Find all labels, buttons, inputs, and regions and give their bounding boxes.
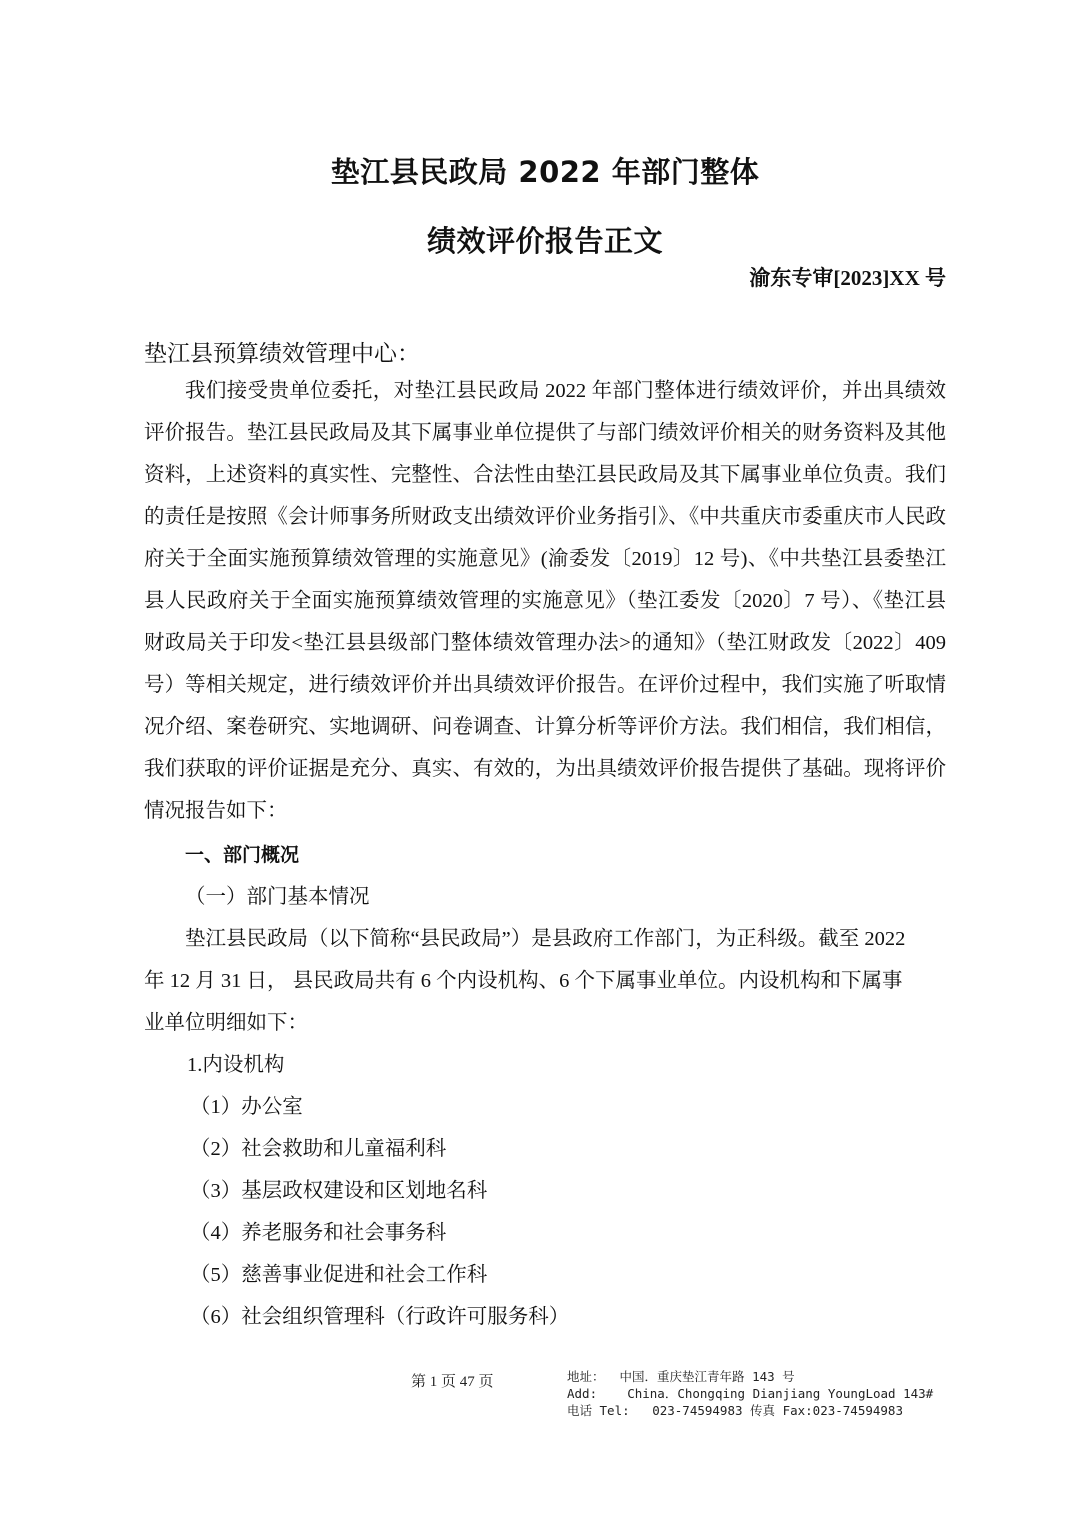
overview-paragraph-line3: 业单位明细如下：: [144, 1002, 308, 1044]
footer-address-block: 地址： 中国．重庆垫江青年路 143 号 Add: China．Chongqin…: [567, 1368, 933, 1419]
report-title-line1: 垫江县民政局 2022 年部门整体: [0, 150, 1074, 191]
intro-paragraph: 我们接受贵单位委托，对垫江县民政局 2022 年部门整体进行绩效评价，并出具绩效…: [144, 370, 946, 832]
subsection-heading: （一）部门基本情况: [185, 876, 370, 918]
footer-address-cn: 地址： 中国．重庆垫江青年路 143 号: [567, 1368, 933, 1385]
overview-paragraph-line2: 年 12 月 31 日， 县民政局共有 6 个内设机构、6 个下属事业单位。内设…: [144, 960, 903, 1002]
list-item: （5）慈善事业促进和社会工作科: [190, 1254, 487, 1296]
list-item: （1）办公室: [190, 1086, 303, 1128]
footer-phone-fax: 电话 Tel: 023-74594983 传真 Fax:023-74594983: [567, 1402, 933, 1419]
section-heading: 一、部门概况: [185, 834, 299, 876]
list-item: （6）社会组织管理科（行政许可服务科）: [190, 1296, 569, 1338]
footer-address-en: Add: China．Chongqing Dianjiang YoungLoad…: [567, 1385, 933, 1402]
list-heading: 1.内设机构: [187, 1044, 284, 1086]
report-title-line2: 绩效评价报告正文: [0, 219, 1074, 260]
page-number: 第 1 页 47 页: [411, 1374, 494, 1391]
overview-paragraph-line1: 垫江县民政局（以下简称“县民政局”）是县政府工作部门，为正科级。截至 2022: [185, 918, 905, 960]
list-item: （4）养老服务和社会事务科: [190, 1212, 446, 1254]
document-number: 渝东专审[2023]XX 号: [749, 262, 946, 292]
document-page: 垫江县民政局 2022 年部门整体 绩效评价报告正文 渝东专审[2023]XX …: [0, 0, 1074, 1520]
list-item: （3）基层政权建设和区划地名科: [190, 1170, 487, 1212]
list-item: （2）社会救助和儿童福利科: [190, 1128, 446, 1170]
addressee: 垫江县预算绩效管理中心：: [144, 335, 420, 368]
